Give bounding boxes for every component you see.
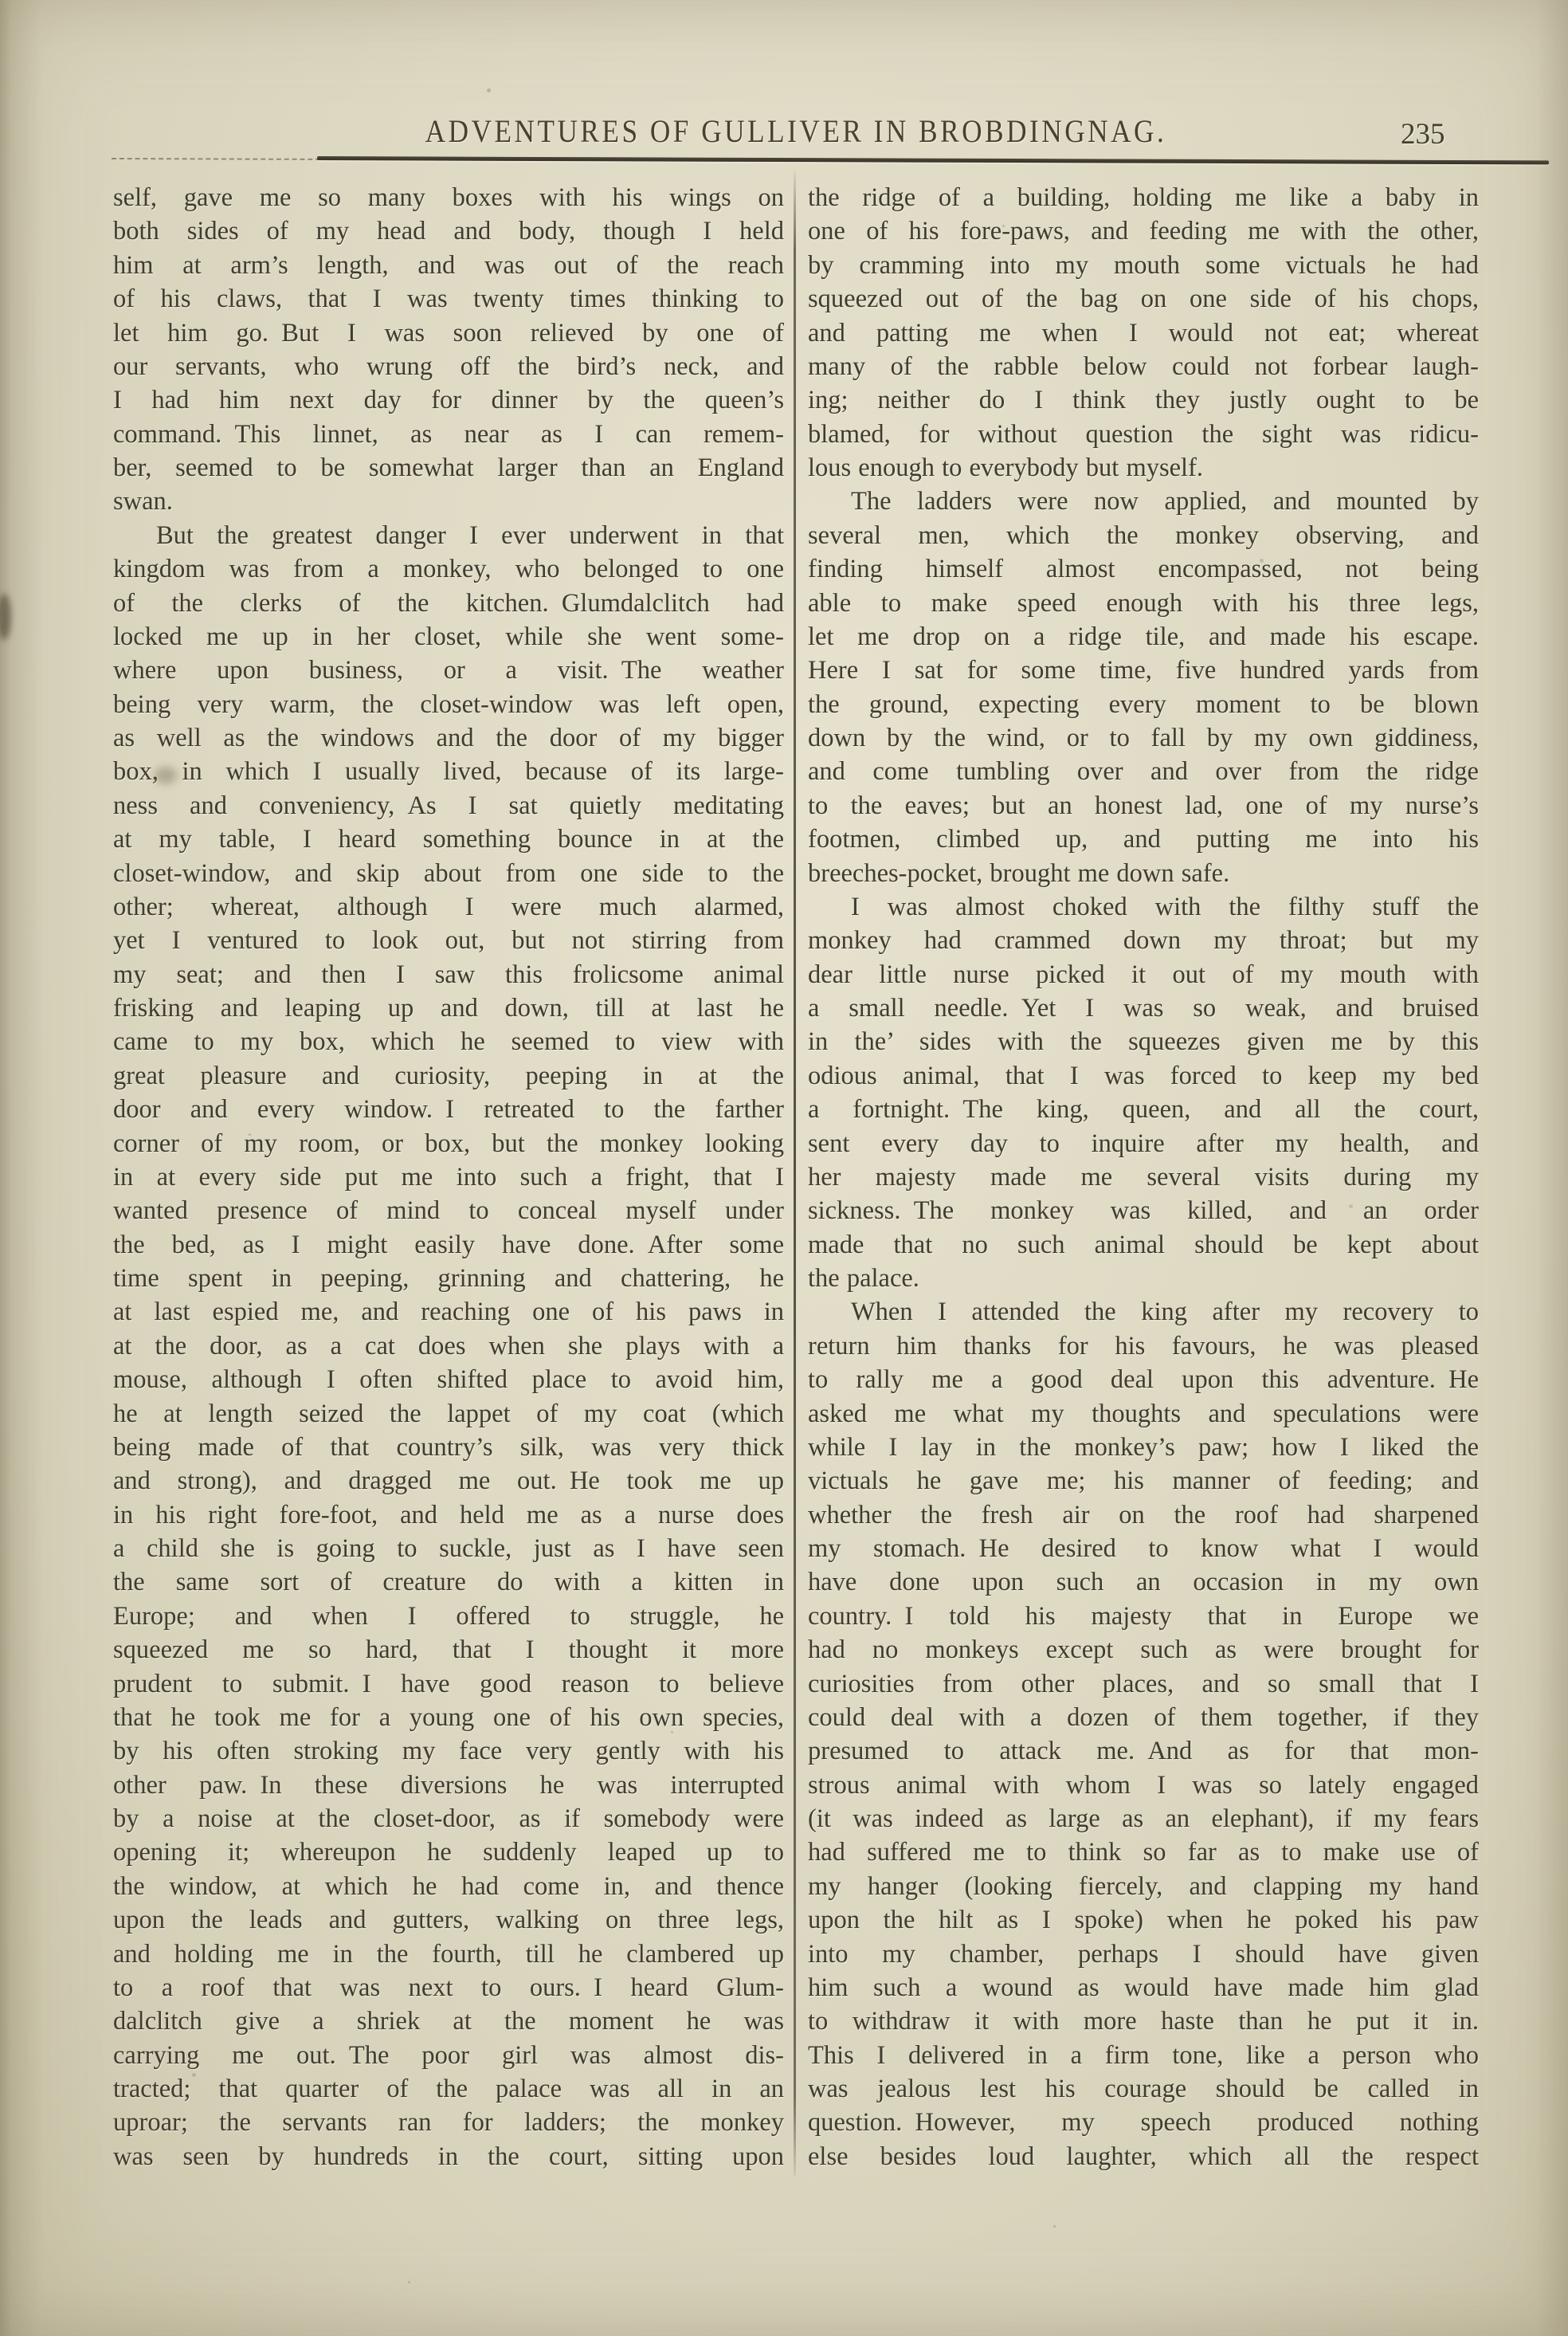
text-line: by a noise at the closet-door, as if som… — [113, 1802, 784, 1835]
text-line: victuals he gave me; his manner of feedi… — [808, 1464, 1479, 1498]
text-line: corner of my room, or box, but the monke… — [113, 1127, 784, 1160]
text-line: Europe; and when I offered to struggle, … — [113, 1600, 784, 1633]
text-line: being very warm, the closet-window was l… — [113, 688, 784, 721]
header-rule — [317, 156, 1549, 164]
text-line: the ridge of a building, holding me like… — [808, 181, 1479, 214]
text-line: yet I ventured to look out, but not stir… — [113, 924, 784, 957]
text-line: a fortnight. The king, queen, and all th… — [808, 1093, 1479, 1126]
text-line: my hanger (looking fiercely, and clappin… — [808, 1870, 1479, 1903]
text-line: Here I sat for some time, five hundred y… — [808, 654, 1479, 687]
text-line: a child she is going to suckle, just as … — [113, 1532, 784, 1565]
text-line: the bed, as I might easily have done. Af… — [113, 1228, 784, 1262]
text-line: footmen, climbed up, and putting me into… — [808, 823, 1479, 856]
text-line: the ground, expecting every moment to be… — [808, 688, 1479, 721]
text-line: (it was indeed as large as an elephant),… — [808, 1802, 1479, 1835]
text-line: by his often stroking my face very gentl… — [113, 1734, 784, 1768]
text-line: But the greatest danger I ever underwent… — [113, 519, 784, 552]
text-line: the palace. — [808, 1262, 1479, 1295]
text-line: box, in which I usually lived, because o… — [113, 755, 784, 788]
text-line: This I delivered in a firm tone, like a … — [808, 2039, 1479, 2072]
text-line: carrying me out. The poor girl was almos… — [113, 2039, 784, 2072]
text-line: and come tumbling over and over from the… — [808, 755, 1479, 788]
text-line: opening it; whereupon he suddenly leaped… — [113, 1835, 784, 1869]
text-line: dalclitch give a shriek at the moment he… — [113, 2004, 784, 2038]
text-line: prudent to submit. I have good reason to… — [113, 1667, 784, 1701]
text-line: dear little nurse picked it out of my mo… — [808, 958, 1479, 991]
text-line: in the’ sides with the squeezes given me… — [808, 1025, 1479, 1058]
text-line: my stomach. He desired to know what I wo… — [808, 1532, 1479, 1565]
text-line: had suffered me to think so far as to ma… — [808, 1835, 1479, 1869]
text-line: upon the leads and gutters, walking on t… — [113, 1903, 784, 1937]
text-line: by cramming into my mouth some victuals … — [808, 249, 1479, 282]
text-line: the same sort of creature do with a kitt… — [113, 1565, 784, 1599]
text-line: could deal with a dozen of them together… — [808, 1701, 1479, 1734]
text-line: at my table, I heard something bounce in… — [113, 823, 784, 856]
page-header-title: ADVENTURES OF GULLIVER IN BROBDINGNAG. — [195, 114, 1397, 149]
text-line: her majesty made me several visits durin… — [808, 1160, 1479, 1194]
text-line: one of his fore-paws, and feeding me wit… — [808, 214, 1479, 248]
text-line: whether the fresh air on the roof had sh… — [808, 1498, 1479, 1532]
text-line: down by the wind, or to fall by my own g… — [808, 721, 1479, 755]
text-line: while I lay in the monkey’s paw; how I l… — [808, 1431, 1479, 1464]
text-line: into my chamber, perhaps I should have g… — [808, 1938, 1479, 1971]
text-line: else besides loud laughter, which all th… — [808, 2140, 1479, 2173]
text-line: many of the rabble below could not forbe… — [808, 350, 1479, 383]
text-line: sent every day to inquire after my healt… — [808, 1127, 1479, 1160]
text-line: lous enough to everybody but myself. — [808, 451, 1479, 485]
page-edge-smudge — [0, 594, 11, 640]
text-line: in his right fore-foot, and held me as a… — [113, 1498, 784, 1532]
text-line: mouse, although I often shifted place to… — [113, 1363, 784, 1396]
text-line: to withdraw it with more haste than he p… — [808, 2004, 1479, 2038]
text-line: finding himself almost encompassed, not … — [808, 552, 1479, 586]
text-line: locked me up in her closet, while she we… — [113, 620, 784, 654]
text-line: time spent in peeping, grinning and chat… — [113, 1262, 784, 1295]
text-line: was jealous lest his courage should be c… — [808, 2072, 1479, 2106]
text-line: door and every window. I retreated to th… — [113, 1093, 784, 1126]
text-line: closet-window, and skip about from one s… — [113, 857, 784, 890]
text-column-left: self, gave me so many boxes with his win… — [113, 181, 784, 2173]
column-divider-rule — [794, 171, 796, 2176]
text-column-right: the ridge of a building, holding me like… — [808, 181, 1479, 2173]
text-line: curiosities from other places, and so sm… — [808, 1667, 1479, 1701]
text-line: him such a wound as would have made him … — [808, 1971, 1479, 2004]
text-line: When I attended the king after my recove… — [808, 1295, 1479, 1329]
text-line: being made of that country’s silk, was v… — [113, 1431, 784, 1464]
text-line: I was almost choked with the filthy stuf… — [808, 890, 1479, 924]
text-line: I had him next day for dinner by the que… — [113, 383, 784, 417]
page-number: 235 — [1401, 119, 1445, 151]
text-line: both sides of my head and body, though I… — [113, 214, 784, 248]
text-line: frisking and leaping up and down, till a… — [113, 991, 784, 1025]
text-line: monkey had crammed down my throat; but m… — [808, 924, 1479, 957]
text-line: breeches-pocket, brought me down safe. — [808, 857, 1479, 890]
text-line: kingdom was from a monkey, who belonged … — [113, 552, 784, 586]
text-line: let me drop on a ridge tile, and made hi… — [808, 620, 1479, 654]
text-line: swan. — [113, 485, 784, 518]
text-line: a small needle. Yet I was so weak, and b… — [808, 991, 1479, 1025]
text-line: had no monkeys except such as were broug… — [808, 1633, 1479, 1667]
text-line: self, gave me so many boxes with his win… — [113, 181, 784, 214]
text-line: return him thanks for his favours, he wa… — [808, 1329, 1479, 1363]
text-line: to a roof that was next to ours. I heard… — [113, 1971, 784, 2004]
text-line: tracted; that quarter of the palace was … — [113, 2072, 784, 2106]
text-line: asked me what my thoughts and speculatio… — [808, 1397, 1479, 1431]
text-line: in at every side put me into such a frig… — [113, 1160, 784, 1194]
text-line: sickness. The monkey was killed, and an … — [808, 1194, 1479, 1227]
header-rule-left-segment — [112, 158, 328, 160]
text-line: squeezed out of the bag on one side of h… — [808, 282, 1479, 316]
text-line: our servants, who wrung off the bird’s n… — [113, 350, 784, 383]
text-line: he at length seized the lappet of my coa… — [113, 1397, 784, 1431]
text-line: ber, seemed to be somewhat larger than a… — [113, 451, 784, 485]
text-line: and holding me in the fourth, till he cl… — [113, 1938, 784, 1971]
text-line: of his claws, that I was twenty times th… — [113, 282, 784, 316]
text-line: him at arm’s length, and was out of the … — [113, 249, 784, 282]
text-line: great pleasure and curiosity, peeping in… — [113, 1059, 784, 1093]
text-line: able to make speed enough with his three… — [808, 587, 1479, 620]
text-line: uproar; the servants ran for ladders; th… — [113, 2106, 784, 2139]
text-line: ness and conveniency, As I sat quietly m… — [113, 789, 784, 823]
text-line: that he took me for a young one of his o… — [113, 1701, 784, 1734]
text-line: have done upon such an occasion in my ow… — [808, 1565, 1479, 1599]
ink-smudge — [155, 767, 177, 784]
text-line: upon the hilt as I spoke) when he poked … — [808, 1903, 1479, 1937]
text-line: strous animal with whom I was so lately … — [808, 1769, 1479, 1802]
text-line: and strong), and dragged me out. He took… — [113, 1464, 784, 1498]
text-line: blamed, for without question the sight w… — [808, 418, 1479, 451]
text-line: wanted presence of mind to conceal mysel… — [113, 1194, 784, 1227]
text-line: other; whereat, although I were much ala… — [113, 890, 784, 924]
text-line: let him go. But I was soon relieved by o… — [113, 316, 784, 350]
text-line: at last espied me, and reaching one of h… — [113, 1295, 784, 1329]
text-line: question. However, my speech produced no… — [808, 2106, 1479, 2139]
text-line: was seen by hundreds in the court, sitti… — [113, 2140, 784, 2173]
paper-specks — [0, 0, 2, 2]
text-line: presumed to attack me. And as for that m… — [808, 1734, 1479, 1768]
text-line: came to my box, which he seemed to view … — [113, 1025, 784, 1058]
text-line: command. This linnet, as near as I can r… — [113, 418, 784, 451]
text-line: ing; neither do I think they justly ough… — [808, 383, 1479, 417]
text-line: and patting me when I would not eat; whe… — [808, 316, 1479, 350]
text-line: to the eaves; but an honest lad, one of … — [808, 789, 1479, 823]
text-line: squeezed me so hard, that I thought it m… — [113, 1633, 784, 1667]
text-line: other paw. In these diversions he was in… — [113, 1769, 784, 1802]
text-line: country. I told his majesty that in Euro… — [808, 1600, 1479, 1633]
text-line: to rally me a good deal upon this advent… — [808, 1363, 1479, 1396]
text-line: the window, at which he had come in, and… — [113, 1870, 784, 1903]
text-line: several men, which the monkey observing,… — [808, 519, 1479, 552]
text-line: at the door, as a cat does when she play… — [113, 1329, 784, 1363]
text-line: where upon business, or a visit. The wea… — [113, 654, 784, 687]
text-line: as well as the windows and the door of m… — [113, 721, 784, 755]
text-line: made that no such animal should be kept … — [808, 1228, 1479, 1262]
text-line: The ladders were now applied, and mounte… — [808, 485, 1479, 518]
text-line: my seat; and then I saw this frolicsome … — [113, 958, 784, 991]
text-line: odious animal, that I was forced to keep… — [808, 1059, 1479, 1093]
text-line: of the clerks of the kitchen. Glumdalcli… — [113, 587, 784, 620]
